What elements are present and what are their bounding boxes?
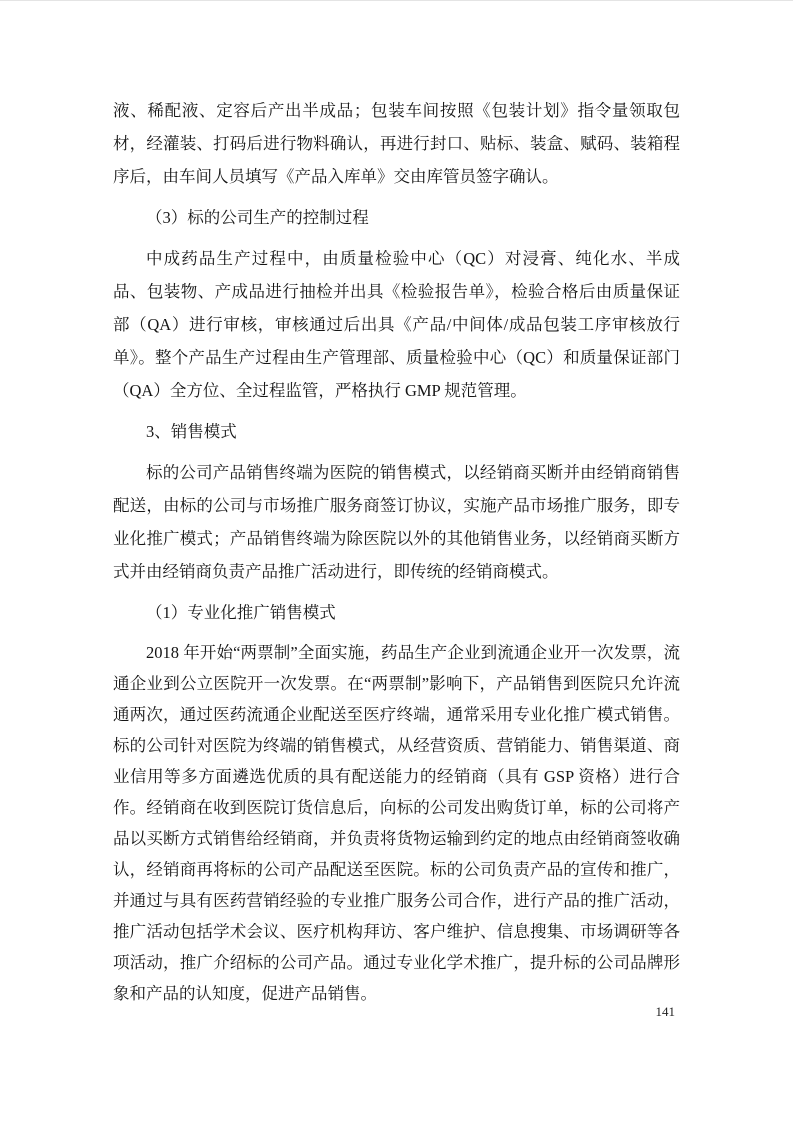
section-heading-sales-model: 3、销售模式 (113, 415, 680, 448)
section-heading-professional-promotion: （1）专业化推广销售模式 (113, 596, 680, 629)
page-content: 液、稀配液、定容后产出半成品；包装车间按照《包装计划》指令量领取包材，经灌装、打… (113, 94, 680, 1017)
paragraph-continuation: 液、稀配液、定容后产出半成品；包装车间按照《包装计划》指令量领取包材，经灌装、打… (113, 94, 680, 193)
paragraph-sales-model-overview: 标的公司产品销售终端为医院的销售模式，以经销商买断并由经销商销售配送，由标的公司… (113, 456, 680, 588)
page-number: 141 (656, 1004, 676, 1020)
section-heading-production-control: （3）标的公司生产的控制过程 (113, 201, 680, 234)
document-page: 液、稀配液、定容后产出半成品；包装车间按照《包装计划》指令量领取包材，经灌装、打… (0, 0, 793, 1122)
paragraph-two-invoice-system: 2018 年开始“两票制”全面实施，药品生产企业到流通企业开一次发票，流通企业到… (113, 637, 680, 1009)
paragraph-quality-control: 中成药品生产过程中，由质量检验中心（QC）对浸膏、纯化水、半成品、包装物、产成品… (113, 242, 680, 407)
